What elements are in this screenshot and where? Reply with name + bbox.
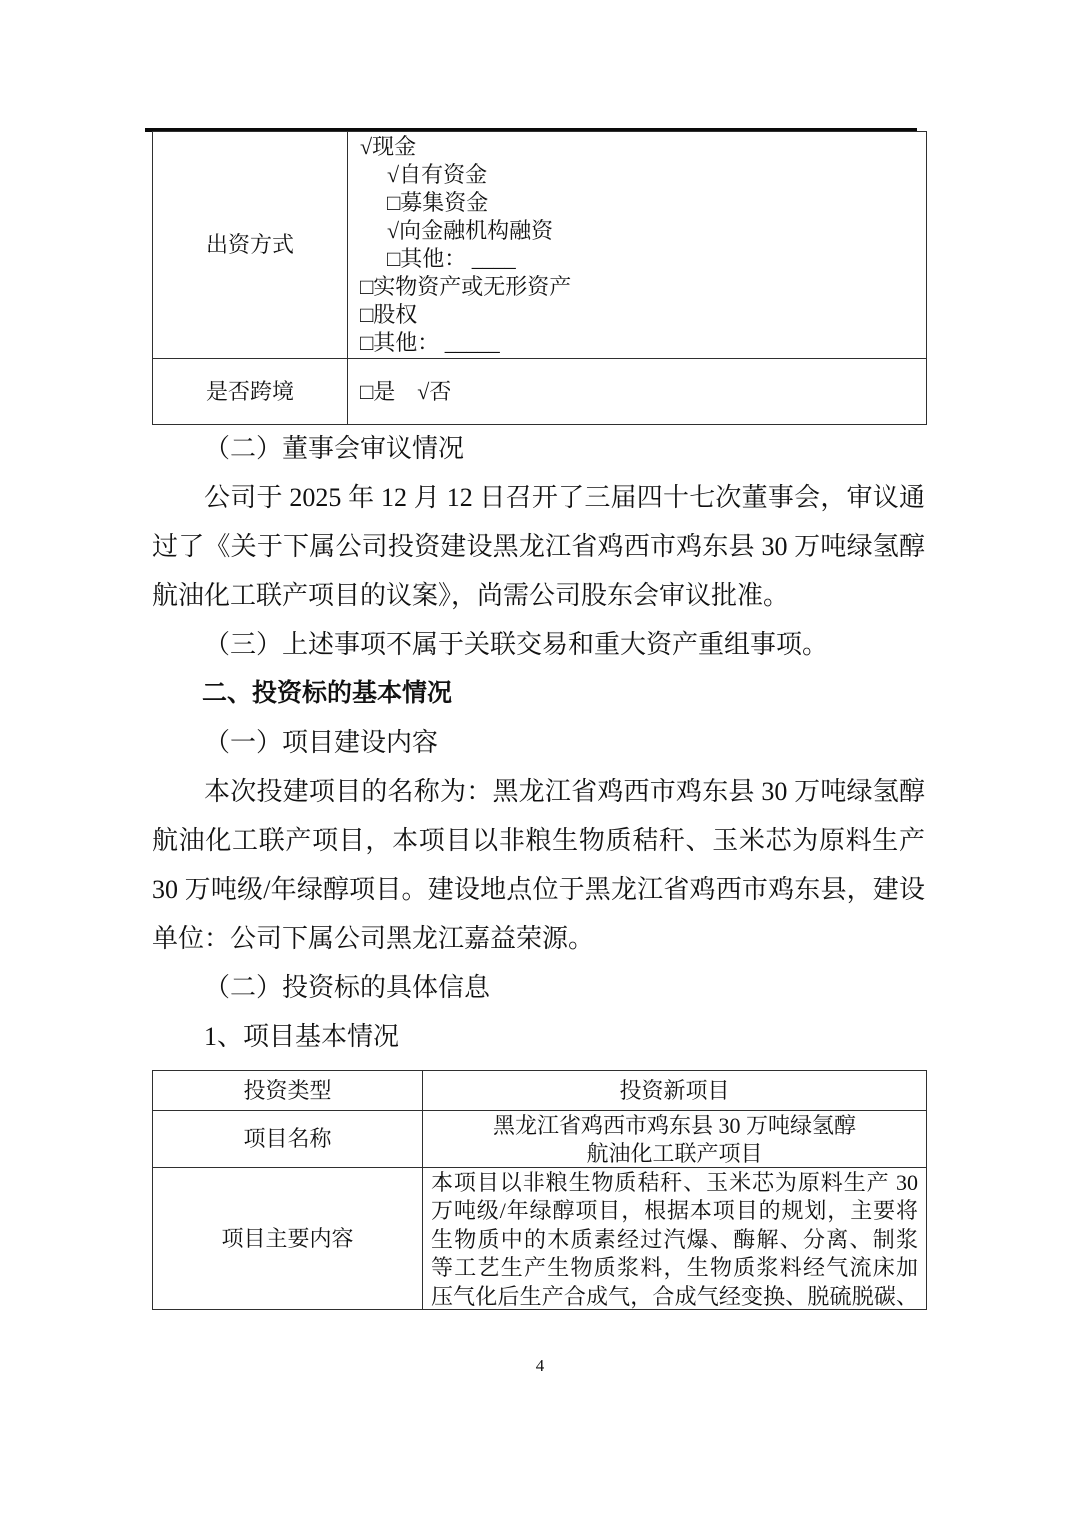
cell-line: 黑龙江省鸡西市鸡东县 30 万吨绿氢醇 [423, 1112, 926, 1140]
row-label: 投资类型 [153, 1071, 423, 1110]
funding-options-cell: √现金 √自有资金 □募集资金 √向金融机构融资 □其他： ____ □实物资产… [348, 132, 926, 358]
paragraph-line: 单位：公司下属公司黑龙江嘉益荣源。 [152, 914, 925, 963]
row-label: 项目主要内容 [153, 1168, 423, 1309]
cell-line: 生物质中的木质素经过汽爆、酶解、分离、制浆 [431, 1226, 918, 1254]
paragraph-line: 公司于 2025 年 12 月 12 日召开了三届四十七次董事会，审议通 [152, 473, 925, 522]
cell-line: 等工艺生产生物质浆料，生物质浆料经气流床加 [431, 1254, 918, 1282]
cell-line: 航油化工联产项目 [423, 1140, 926, 1168]
cell-line: 压气化后生产合成气，合成气经变换、脱硫脱碳、 [431, 1283, 918, 1311]
paragraph-line: （二）投资标的具体信息 [152, 963, 925, 1012]
cell-line: 本项目以非粮生物质秸秆、玉米芯为原料生产 30 [431, 1169, 918, 1197]
checkbox-option: √现金 [360, 133, 918, 161]
paragraph-line: 过了《关于下属公司投资建设黑龙江省鸡西市鸡东县 30 万吨绿氢醇 [152, 522, 925, 571]
checkbox-option: □其他： _____ [360, 329, 918, 357]
paragraph-line: 1、项目基本情况 [152, 1012, 925, 1061]
document-body: （二）董事会审议情况 公司于 2025 年 12 月 12 日召开了三届四十七次… [152, 424, 925, 1061]
row-label: 是否跨境 [153, 359, 348, 424]
project-info-table: 投资类型 投资新项目 项目名称 黑龙江省鸡西市鸡东县 30 万吨绿氢醇 航油化工… [152, 1070, 927, 1310]
cell-line: 万吨级/年绿醇项目，根据本项目的规划，主要将 [431, 1197, 918, 1225]
project-content-cell: 本项目以非粮生物质秸秆、玉米芯为原料生产 30 万吨级/年绿醇项目，根据本项目的… [423, 1168, 926, 1309]
paragraph-line: （二）董事会审议情况 [152, 424, 925, 473]
table-row-project-content: 项目主要内容 本项目以非粮生物质秸秆、玉米芯为原料生产 30 万吨级/年绿醇项目… [153, 1167, 926, 1309]
checkbox-option: □其他： ____ [360, 245, 918, 273]
checkbox-option: □募集资金 [360, 189, 918, 217]
checkbox-option: □是 √否 [360, 378, 451, 406]
page-number: 4 [0, 1356, 1080, 1376]
paragraph-line: （三）上述事项不属于关联交易和重大资产重组事项。 [152, 620, 925, 669]
table-row-funding-method: 出资方式 √现金 √自有资金 □募集资金 √向金融机构融资 □其他： ____ … [153, 132, 926, 358]
paragraph-line: 30 万吨级/年绿醇项目。建设地点位于黑龙江省鸡西市鸡东县，建设 [152, 865, 925, 914]
section-heading: 二、投资标的基本情况 [152, 669, 925, 718]
paragraph-line: 航油化工联产项目，本项目以非粮生物质秸秆、玉米芯为原料生产 [152, 816, 925, 865]
checkbox-option: √向金融机构融资 [360, 217, 918, 245]
checkbox-option: √自有资金 [360, 161, 918, 189]
investment-summary-table: 出资方式 √现金 √自有资金 □募集资金 √向金融机构融资 □其他： ____ … [152, 131, 927, 425]
document-page: 出资方式 √现金 √自有资金 □募集资金 √向金融机构融资 □其他： ____ … [0, 0, 1080, 1527]
table-row-project-name: 项目名称 黑龙江省鸡西市鸡东县 30 万吨绿氢醇 航油化工联产项目 [153, 1110, 926, 1167]
table-row-cross-border: 是否跨境 □是 √否 [153, 358, 926, 424]
row-label: 出资方式 [153, 132, 348, 358]
checkbox-option: □实物资产或无形资产 [360, 273, 918, 301]
checkbox-option: □股权 [360, 301, 918, 329]
paragraph-line: 本次投建项目的名称为：黑龙江省鸡西市鸡东县 30 万吨绿氢醇 [152, 767, 925, 816]
table-row-investment-type: 投资类型 投资新项目 [153, 1071, 926, 1110]
cell-value: 投资新项目 [619, 1077, 729, 1105]
paragraph-line: 航油化工联产项目的议案》，尚需公司股东会审议批准。 [152, 571, 925, 620]
row-label: 项目名称 [153, 1111, 423, 1167]
project-name-cell: 黑龙江省鸡西市鸡东县 30 万吨绿氢醇 航油化工联产项目 [423, 1111, 926, 1167]
paragraph-line: （一）项目建设内容 [152, 718, 925, 767]
